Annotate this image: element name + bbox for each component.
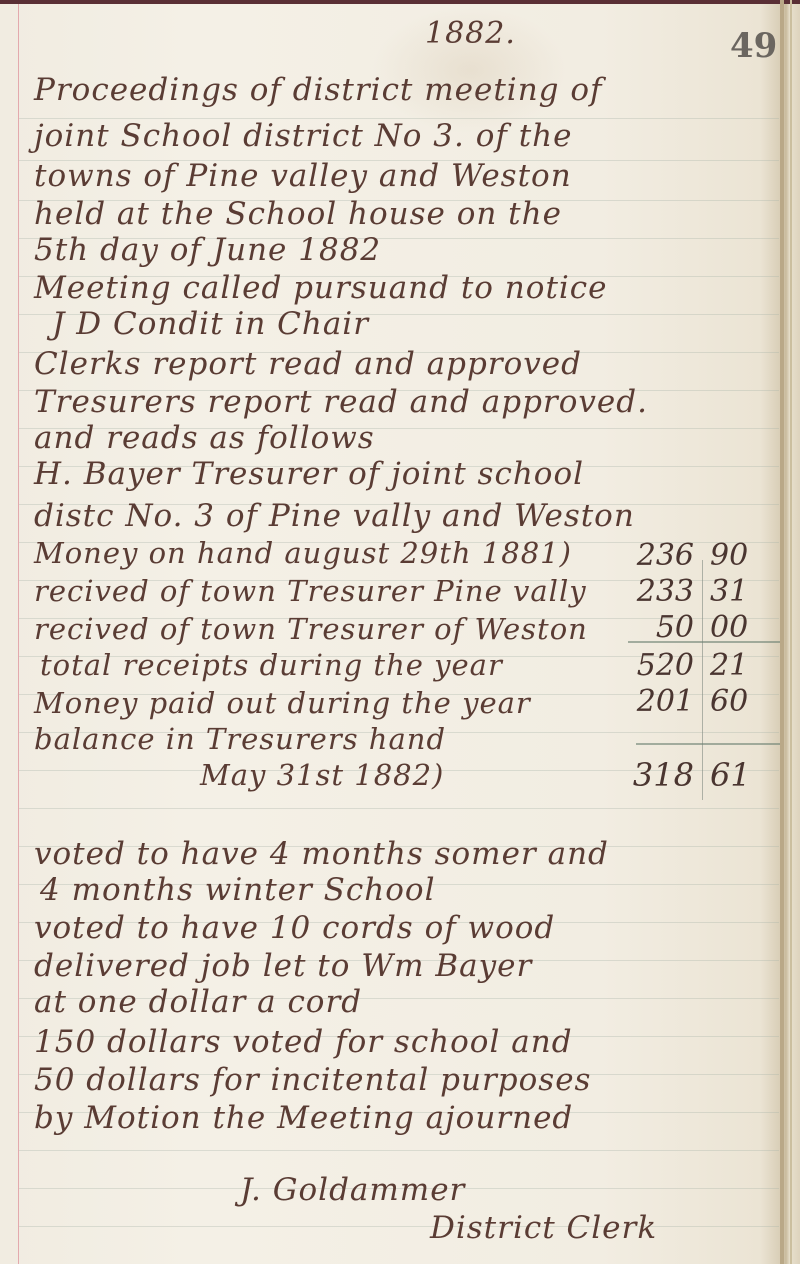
resolution-line: by Motion the Meeting ajourned <box>34 1100 573 1136</box>
minutes-line: distc No. 3 of Pine vally and Weston <box>34 498 635 534</box>
clerk-signature: J. Goldammer <box>240 1172 465 1208</box>
minutes-line: and reads as follows <box>34 420 375 456</box>
resolution-line: 4 months winter School <box>40 872 435 908</box>
resolution-line: 50 dollars for incitental purposes <box>34 1062 591 1098</box>
page-number: 49 <box>730 26 777 66</box>
report-row-dollars: 520 <box>614 648 694 683</box>
minutes-line: towns of Pine valley and Weston <box>34 158 572 194</box>
total-rule <box>636 743 780 745</box>
clerk-title: District Clerk <box>430 1210 657 1246</box>
report-row-dollars: 50 <box>614 610 694 645</box>
resolution-line: voted to have 4 months somer and <box>34 836 609 872</box>
resolution-line: at one dollar a cord <box>34 984 362 1020</box>
report-row-label: recived of town Tresurer Pine vally <box>34 574 587 608</box>
minutes-line: Tresurers report read and approved. <box>34 384 648 420</box>
minutes-line: J D Condit in Chair <box>52 306 369 342</box>
report-row-cents: 90 <box>710 538 748 573</box>
cents-column-divider <box>702 560 703 800</box>
ruled-line <box>19 1150 779 1151</box>
report-row-dollars: 236 <box>614 538 694 573</box>
report-row-label: recived of town Tresurer of Weston <box>34 612 588 646</box>
resolution-line: voted to have 10 cords of wood <box>34 910 555 946</box>
minutes-line: held at the School house on the <box>34 196 562 232</box>
resolution-line: delivered job let to Wm Bayer <box>34 948 532 984</box>
ruled-line <box>19 1226 779 1227</box>
page-top-edge <box>0 0 800 4</box>
report-row-dollars: 201 <box>614 684 694 719</box>
minutes-line: 5th day of June 1882 <box>34 232 381 268</box>
report-row-label: May 31st 1882) <box>200 758 444 792</box>
report-row-dollars: 233 <box>614 574 694 609</box>
binding-edge-secondary <box>790 0 792 1264</box>
minutes-line: joint School district No 3. of the <box>34 118 573 154</box>
report-row-label: balance in Tresurers hand <box>34 722 446 756</box>
balance-dollars: 318 <box>614 756 694 794</box>
report-row-cents: 60 <box>710 684 748 719</box>
report-row-label: total receipts during the year <box>40 648 503 682</box>
margin-line <box>18 4 19 1264</box>
report-row-label: Money paid out during the year <box>34 686 531 720</box>
ruled-line <box>19 808 779 809</box>
ledger-page: 1882. 49 Proceedings of district meeting… <box>0 0 800 1264</box>
report-row-label: Money on hand august 29th 1881) <box>34 536 572 570</box>
report-row-cents: 21 <box>710 648 748 683</box>
minutes-line: Clerks report read and approved <box>34 346 582 382</box>
report-row-cents: 31 <box>710 574 748 609</box>
report-row-cents: 00 <box>710 610 748 645</box>
minutes-line: Meeting called pursuand to notice <box>34 270 608 306</box>
year-heading: 1882. <box>425 16 516 51</box>
balance-cents: 61 <box>710 756 751 794</box>
resolution-line: 150 dollars voted for school and <box>34 1024 573 1060</box>
minutes-line: Proceedings of district meeting of <box>34 72 603 108</box>
binding-edge <box>780 0 784 1264</box>
minutes-line: H. Bayer Tresurer of joint school <box>34 456 584 492</box>
